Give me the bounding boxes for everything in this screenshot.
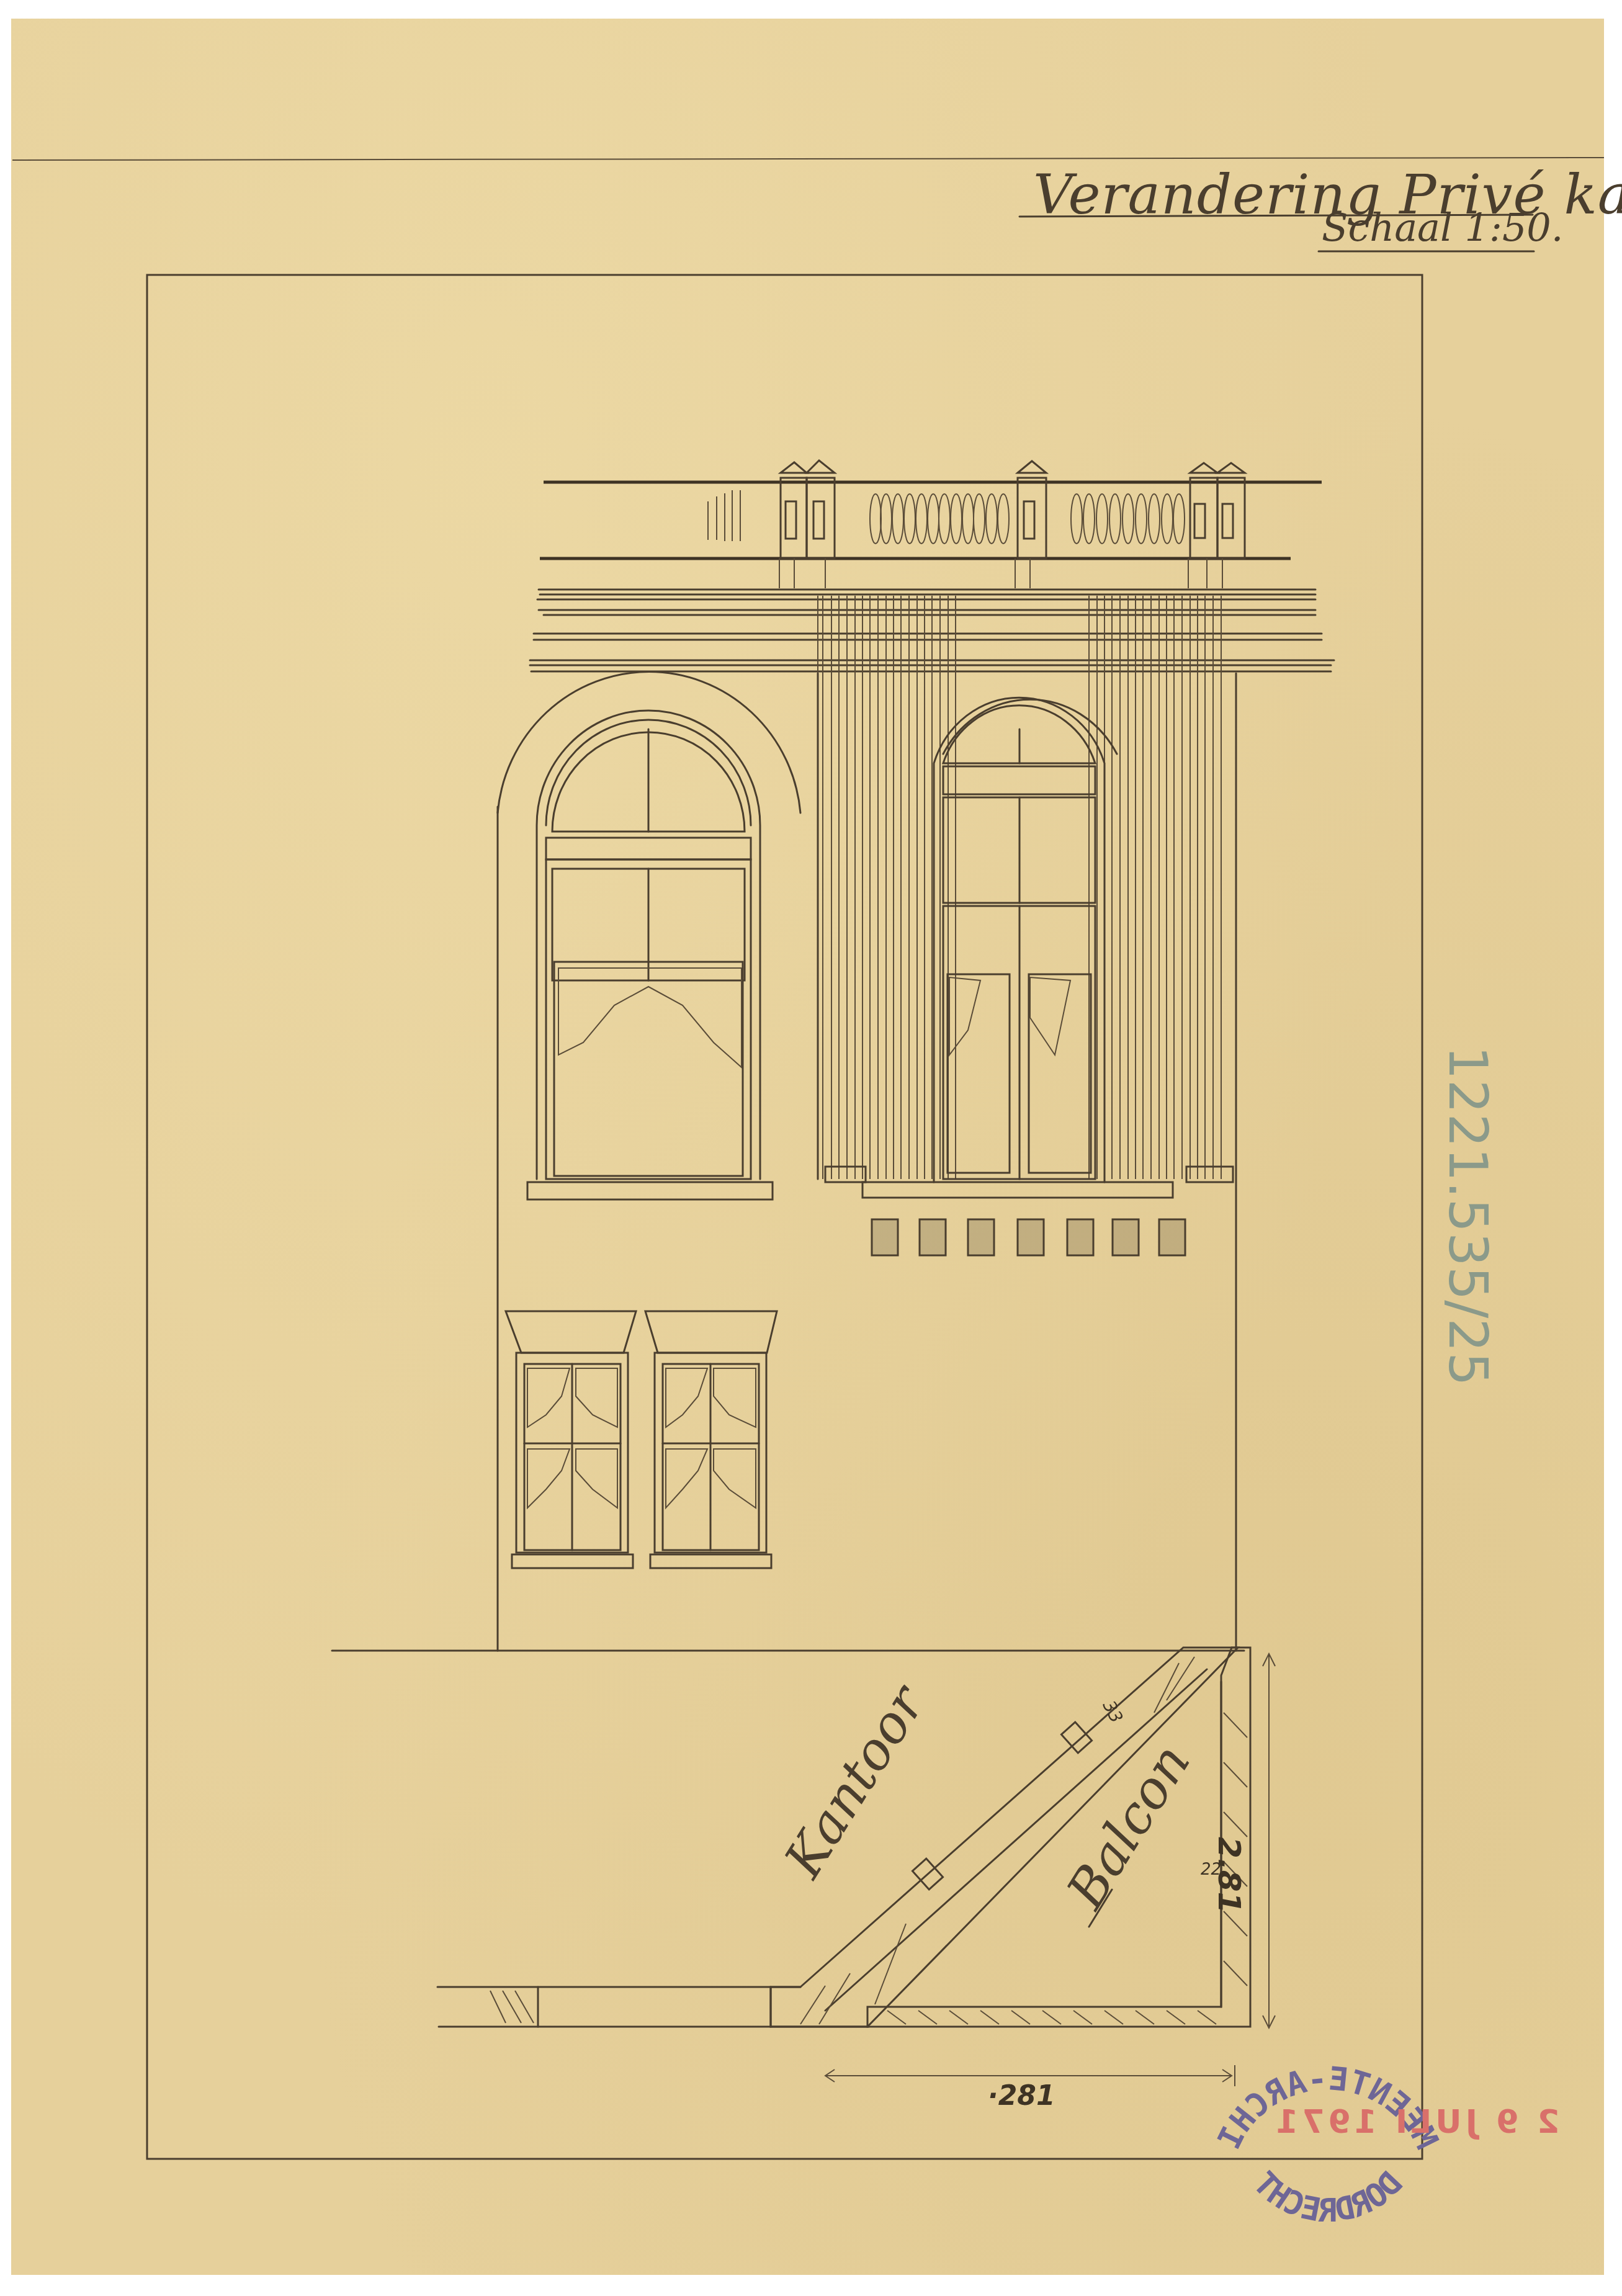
top-rule — [12, 158, 1604, 160]
stamp-date: 2 9 JULI 1971 — [1272, 2104, 1559, 2141]
arched-window-left — [498, 672, 800, 1200]
dimension-horizontal: ·281 — [988, 2080, 1055, 2112]
drawing-sheet: GEMEENTE-ARCHIEF DORDRECHT Verandering P… — [0, 0, 1622, 2296]
lower-window-right — [645, 1311, 777, 1568]
architectural-drawing: GEMEENTE-ARCHIEF DORDRECHT — [0, 0, 1622, 2296]
drawing-scale: Schaal 1:50. — [1322, 205, 1564, 250]
elevation — [498, 460, 1334, 1651]
dimension-wall-right: 22 — [1201, 1860, 1221, 1879]
ventilation-grilles — [872, 1219, 1185, 1255]
floor-plan — [437, 1648, 1275, 2086]
pencil-archive-number: 1221.535/25 — [1436, 1046, 1499, 1386]
archive-stamp: GEMEENTE-ARCHIEF DORDRECHT — [1211, 2060, 1445, 2229]
svg-text:DORDRECHT: DORDRECHT — [1245, 2165, 1410, 2230]
lower-window-left — [506, 1311, 636, 1568]
curtain-hatch-left — [558, 968, 742, 1067]
